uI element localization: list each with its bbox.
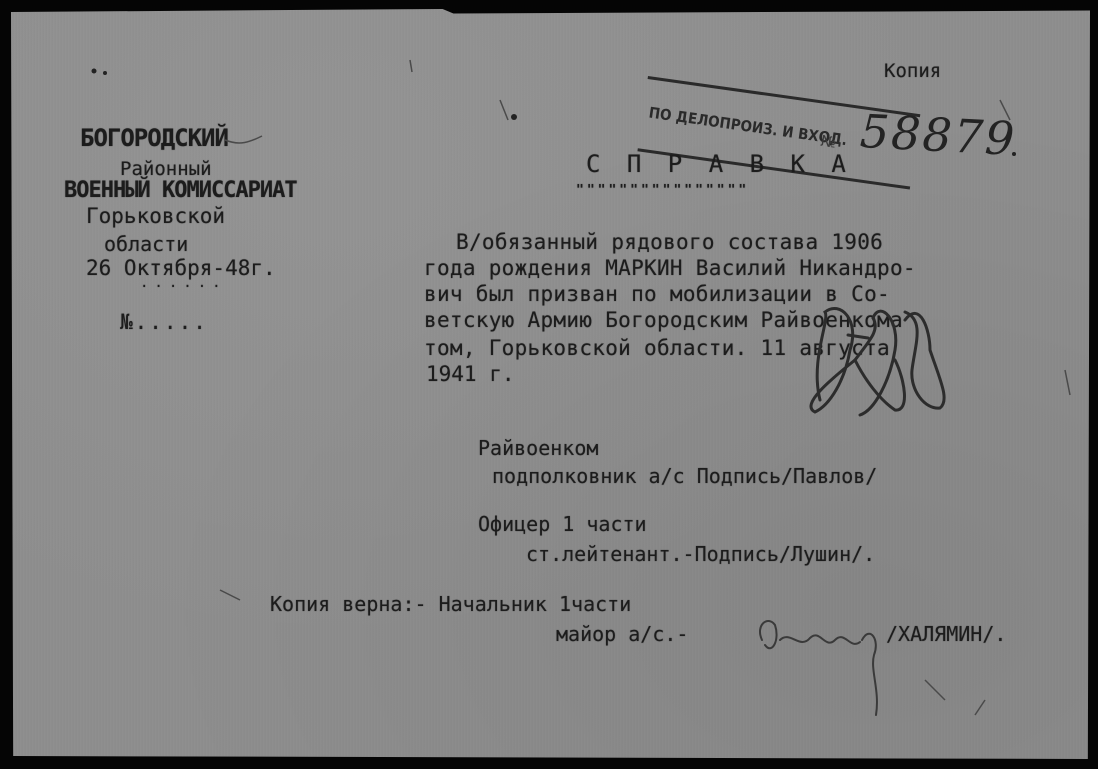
copy-certified-line: Копия верна:- Начальник 1части bbox=[270, 594, 631, 614]
body-line-4: ветскую Армию Богородским Райвоенкома bbox=[424, 310, 903, 331]
body-line-1: В/обязанный рядового состава 1906 bbox=[456, 232, 883, 253]
header-oblast: области bbox=[104, 234, 188, 254]
header-district-type: Районный bbox=[120, 160, 212, 179]
scanned-document: Копия ПО ДЕЛОПРОИЗ. И ВХОД. № 58879 БОГО… bbox=[0, 0, 1098, 769]
stamp-text: ПО ДЕЛОПРОИЗ. И ВХОД. bbox=[648, 104, 849, 150]
header-number: №..... bbox=[120, 312, 208, 333]
registration-number: 58879 bbox=[859, 104, 1018, 166]
officer-signature-line: ст.лейтенант.-Подпись/Лушин/. bbox=[526, 544, 875, 564]
major-signature-prefix: майор а/с.- bbox=[556, 624, 688, 644]
body-line-2: года рождения МАРКИН Василий Никандро- bbox=[424, 258, 916, 279]
header-date-underline: ...... bbox=[140, 276, 227, 290]
copy-mark: Копия bbox=[884, 62, 941, 81]
body-line-5: том, Горьковской области. 11 августа bbox=[424, 338, 890, 359]
commissar-title: Райвоенком bbox=[478, 438, 598, 458]
major-name: /ХАЛЯМИН/. bbox=[886, 624, 1006, 644]
header-district: БОГОРОДСКИЙ bbox=[80, 126, 228, 150]
body-line-6: 1941 г. bbox=[426, 364, 515, 385]
header-region: Горьковской bbox=[86, 206, 225, 227]
officer-title: Офицер 1 части bbox=[478, 514, 647, 534]
commissar-signature-line: подполковник а/с Подпись/Павлов/ bbox=[492, 466, 877, 486]
stamp-number-prefix: № bbox=[819, 132, 837, 152]
document-title: С П Р А В К А bbox=[586, 152, 852, 176]
header-commissariat: ВОЕННЫЙ КОМИССАРИАТ bbox=[64, 180, 297, 202]
body-line-3: вич был призван по мобилизации в Со- bbox=[424, 284, 890, 305]
title-underline: """""""""""""""" bbox=[576, 184, 749, 197]
